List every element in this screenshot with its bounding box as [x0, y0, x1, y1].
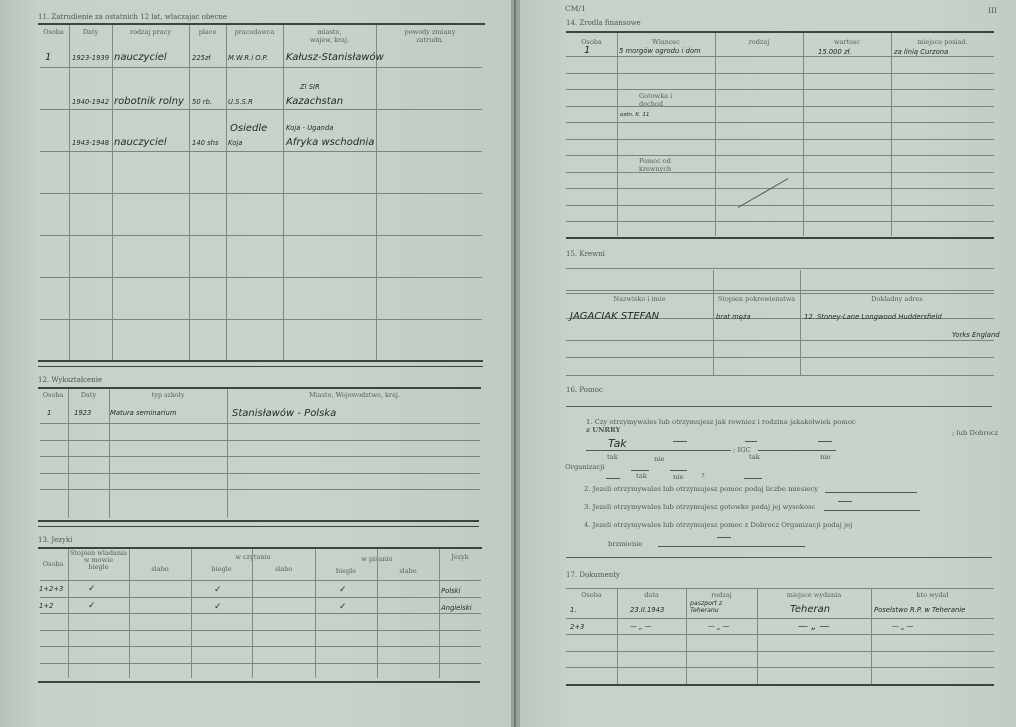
employment-employer-note: Osiedle	[230, 123, 267, 134]
row-line	[566, 634, 994, 635]
column-divider	[617, 589, 618, 684]
employment-dates: 1943-1948	[72, 139, 109, 147]
check-icon: ✓	[214, 602, 222, 612]
column-header: Osoba	[566, 591, 617, 599]
column-header: slabo	[129, 565, 191, 573]
finances-section-title: 14. Zrodla finansowe	[566, 19, 641, 27]
aid-months-field[interactable]	[825, 492, 917, 493]
row-line	[566, 357, 994, 358]
relative-address-line2: Yorks England	[952, 331, 1000, 339]
document-date: — „ —	[630, 623, 651, 631]
column-header: typ szkoly	[109, 391, 227, 399]
divider	[38, 360, 483, 367]
employment-section-title: 11. Zatrudienie za ostatnich 12 lat, wla…	[38, 13, 227, 21]
aid-question-3: 3. Jezeli otrzymywales lub otrzymujesz g…	[584, 503, 815, 511]
igc-nie-label: nie	[820, 453, 831, 461]
row-line	[566, 106, 994, 107]
check-icon: ✓	[339, 585, 347, 595]
question-mark: ?	[701, 472, 705, 480]
dash-mark	[631, 470, 649, 471]
employment-city-note: Koja - Uganda	[286, 124, 333, 132]
igc-tak-label: tak	[749, 453, 760, 461]
column-header: Osoba	[38, 28, 69, 36]
column-header: slabo	[377, 567, 439, 575]
document-issuer: Poselstwo R.P. w Teheranie	[874, 606, 965, 614]
column-header: powody zmiany zatrudn.	[376, 28, 484, 44]
row-line	[566, 290, 994, 291]
row-line	[40, 580, 481, 581]
row-line	[40, 193, 482, 194]
column-header: Osoba	[38, 560, 68, 568]
form-code: CM/1	[565, 4, 586, 13]
relative-address: 12. Stoney-Lane Longwood Huddersfield	[804, 313, 942, 321]
column-divider	[686, 589, 687, 684]
column-divider	[713, 270, 714, 375]
document-date: 23.II.1943	[630, 606, 664, 614]
column-header: pracodawca	[226, 28, 283, 36]
aid-question-1: 1. Czy otrzymywales lub otrzymujesz jak …	[586, 418, 856, 426]
document-issuer: — „ —	[892, 623, 913, 631]
employment-employer: M.W.R.i O.P.	[228, 54, 268, 62]
language-name: Polski	[441, 587, 461, 595]
language-persons: 1+2	[39, 602, 53, 610]
column-divider	[757, 589, 758, 684]
aid-question-4: 4. Jezeli otrzymywales lub otrzymujesz p…	[584, 521, 852, 529]
row-line	[40, 456, 480, 457]
column-divider	[891, 33, 892, 236]
document-place: Teheran	[790, 604, 830, 615]
row-line	[566, 155, 994, 156]
right-page: CM/1 III 14. Zrodla finansowe OsobaWlano…	[520, 0, 1016, 727]
column-divider	[227, 389, 228, 518]
documents-section-title: 17. Dokumenty	[566, 571, 620, 579]
aid-question-4-line2: brzmienie	[608, 540, 642, 548]
employment-employer: Koja	[228, 139, 242, 147]
education-location: Stanisławów - Polska	[232, 408, 336, 419]
dash-mark	[745, 441, 757, 442]
employment-salary: 50 rb.	[192, 98, 212, 106]
relatives-section-title: 15. Krewni	[566, 250, 605, 258]
row-line	[566, 667, 994, 668]
employment-city: Kałusz-Stanisławów	[286, 52, 384, 63]
employment-city-note: Zl SIR	[300, 83, 320, 91]
column-header: place	[189, 28, 226, 36]
answer-line	[586, 450, 731, 451]
page-gutter	[511, 0, 520, 727]
document-place: — „ —	[798, 621, 830, 632]
row-line	[566, 618, 994, 619]
left-page: 11. Zatrudienie za ostatnich 12 lat, wla…	[0, 0, 512, 727]
finances-value: 15.000 zł.	[818, 48, 852, 56]
row-line	[566, 205, 994, 206]
row-line	[40, 489, 480, 490]
row-line	[566, 588, 994, 589]
column-divider	[800, 270, 801, 375]
row-line	[40, 67, 482, 68]
check-icon: ✓	[214, 585, 222, 595]
aid-question-2: 2. Jezeli otrzymywales lub otrzymujesz p…	[584, 485, 818, 493]
row-line	[566, 221, 994, 222]
column-header: biegle	[315, 567, 377, 575]
aid-organization-field[interactable]	[658, 546, 805, 547]
column-header: Jezyk	[439, 553, 481, 561]
column-header: rodzaj	[715, 38, 803, 46]
education-year: 1923	[74, 409, 91, 417]
row-line	[40, 630, 481, 631]
column-divider	[617, 33, 618, 236]
column-header: kto wydal	[871, 591, 994, 599]
row-line	[40, 646, 481, 647]
employment-salary: 225zł	[192, 54, 211, 62]
languages-section-title: 13. Jezyki	[38, 536, 72, 544]
employment-salary: 140 shs	[192, 139, 219, 147]
org-tak-label: tak	[636, 472, 647, 480]
language-name: Angielski	[441, 604, 472, 612]
row-line	[40, 151, 482, 152]
finances-property: 5 morgów ogrodu i dom	[619, 47, 701, 55]
employment-job-type: robotnik rolny	[114, 96, 184, 107]
employment-employer: U.S.S.R	[228, 98, 253, 106]
finances-location: za linią Curzona	[894, 48, 948, 56]
check-icon: ✓	[88, 584, 96, 594]
column-header: miejsce wydania	[757, 591, 871, 599]
employment-job-type: nauczyciel	[114, 52, 167, 63]
dash-mark	[818, 441, 832, 442]
aid-section-title: 16. Pomoc	[566, 386, 603, 394]
column-divider	[715, 33, 716, 236]
employment-person: 1	[45, 52, 51, 63]
column-header: Nazwisko i imie	[566, 295, 713, 303]
org-nie-label: nie	[673, 473, 684, 481]
divider	[38, 520, 479, 527]
column-header: miejsce posiad.	[891, 38, 994, 46]
employment-dates: 1940-1942	[72, 98, 109, 106]
check-icon: ✓	[88, 601, 96, 611]
column-header: biegle	[191, 565, 252, 573]
organization-label: Organizacji	[565, 463, 605, 471]
page-number: III	[988, 6, 997, 15]
divider	[38, 387, 481, 389]
row-line	[40, 473, 480, 474]
row-line	[566, 340, 994, 341]
row-line	[40, 613, 481, 614]
aid-cash-field[interactable]	[824, 510, 920, 511]
relative-name: JAGACIAK STEFAN	[570, 311, 659, 322]
document-type: paszport z Teheranu	[690, 600, 750, 614]
divider	[38, 681, 480, 683]
strike-mark	[738, 178, 789, 208]
education-person: 1	[47, 409, 51, 417]
column-header: Osoba	[38, 391, 68, 399]
divider	[38, 23, 485, 25]
finances-income-note: ostn. K. 11	[620, 112, 649, 118]
dash-mark	[673, 441, 687, 442]
column-header: wartosc	[803, 38, 891, 46]
education-section-title: 12. Wykształcenie	[38, 376, 102, 384]
aid-nie-label: nie	[654, 455, 665, 463]
divider	[566, 557, 992, 558]
row-line	[40, 235, 482, 236]
education-school-type: Matura seminarium	[110, 409, 176, 417]
column-header: Wlanosc	[617, 38, 715, 46]
divider	[566, 31, 994, 33]
divider	[566, 237, 994, 239]
column-header: rodzaj	[686, 591, 757, 599]
row-line	[566, 375, 994, 376]
column-header: data	[617, 591, 686, 599]
document-person: 2+3	[570, 623, 584, 631]
column-header: biegle	[68, 563, 129, 571]
dash-mark	[744, 478, 762, 479]
row-line	[40, 440, 480, 441]
divider	[566, 684, 994, 686]
row-line	[566, 268, 994, 269]
row-line	[566, 172, 994, 173]
row-line	[566, 188, 994, 189]
dash-mark	[717, 537, 731, 538]
dash-mark	[606, 478, 620, 479]
dash-mark	[838, 501, 852, 502]
column-divider	[871, 589, 872, 684]
row-line	[40, 663, 481, 664]
row-line	[566, 122, 994, 123]
divider	[566, 406, 992, 407]
employment-dates: 1923-1939	[72, 54, 109, 62]
finances-person: 1	[584, 45, 590, 56]
row-line	[566, 89, 994, 90]
column-header: miasto, wajew, kraj.	[283, 28, 376, 44]
check-icon: ✓	[339, 602, 347, 612]
employment-city: Afryka wschodnia	[286, 137, 374, 148]
row-line	[40, 109, 482, 110]
row-line	[566, 56, 994, 57]
row-line	[566, 73, 994, 74]
row-line	[40, 277, 482, 278]
aid-question-1-unrra: z UNRRY	[586, 426, 620, 434]
document-type: — „ —	[708, 623, 729, 631]
language-persons: 1+2+3	[39, 585, 63, 593]
column-header: Daty	[69, 28, 112, 36]
column-divider	[803, 33, 804, 236]
column-header: Osoba	[566, 38, 617, 46]
column-header: Daty	[68, 391, 109, 399]
column-header: slabo	[252, 565, 315, 573]
document-person: 1.	[570, 606, 577, 614]
relative-relationship: brat męża	[716, 313, 751, 321]
row-line	[40, 597, 481, 598]
employment-city: Kazachstan	[286, 96, 343, 107]
row-line	[566, 651, 994, 652]
row-line	[40, 423, 480, 424]
aid-question-1-other: ; lub Dobrocz	[952, 429, 998, 437]
aid-unrra-answer: Tak	[608, 437, 627, 450]
column-header: rodzaj pracy	[112, 28, 189, 36]
column-divider	[68, 389, 69, 518]
row-line	[566, 293, 994, 294]
dash-mark	[670, 470, 687, 471]
employment-job-type: nauczyciel	[114, 137, 167, 148]
column-header: Stopien pokrewienstwa	[713, 295, 800, 303]
dash-mark	[818, 450, 836, 451]
row-line	[40, 319, 482, 320]
aid-tak-label: tak	[607, 453, 618, 461]
column-header: w czytaniu	[191, 553, 315, 561]
column-header: Miasto, Wojewodztwo, kraj.	[227, 391, 482, 399]
row-line	[566, 139, 994, 140]
column-header: Dokladny adres	[800, 295, 994, 303]
